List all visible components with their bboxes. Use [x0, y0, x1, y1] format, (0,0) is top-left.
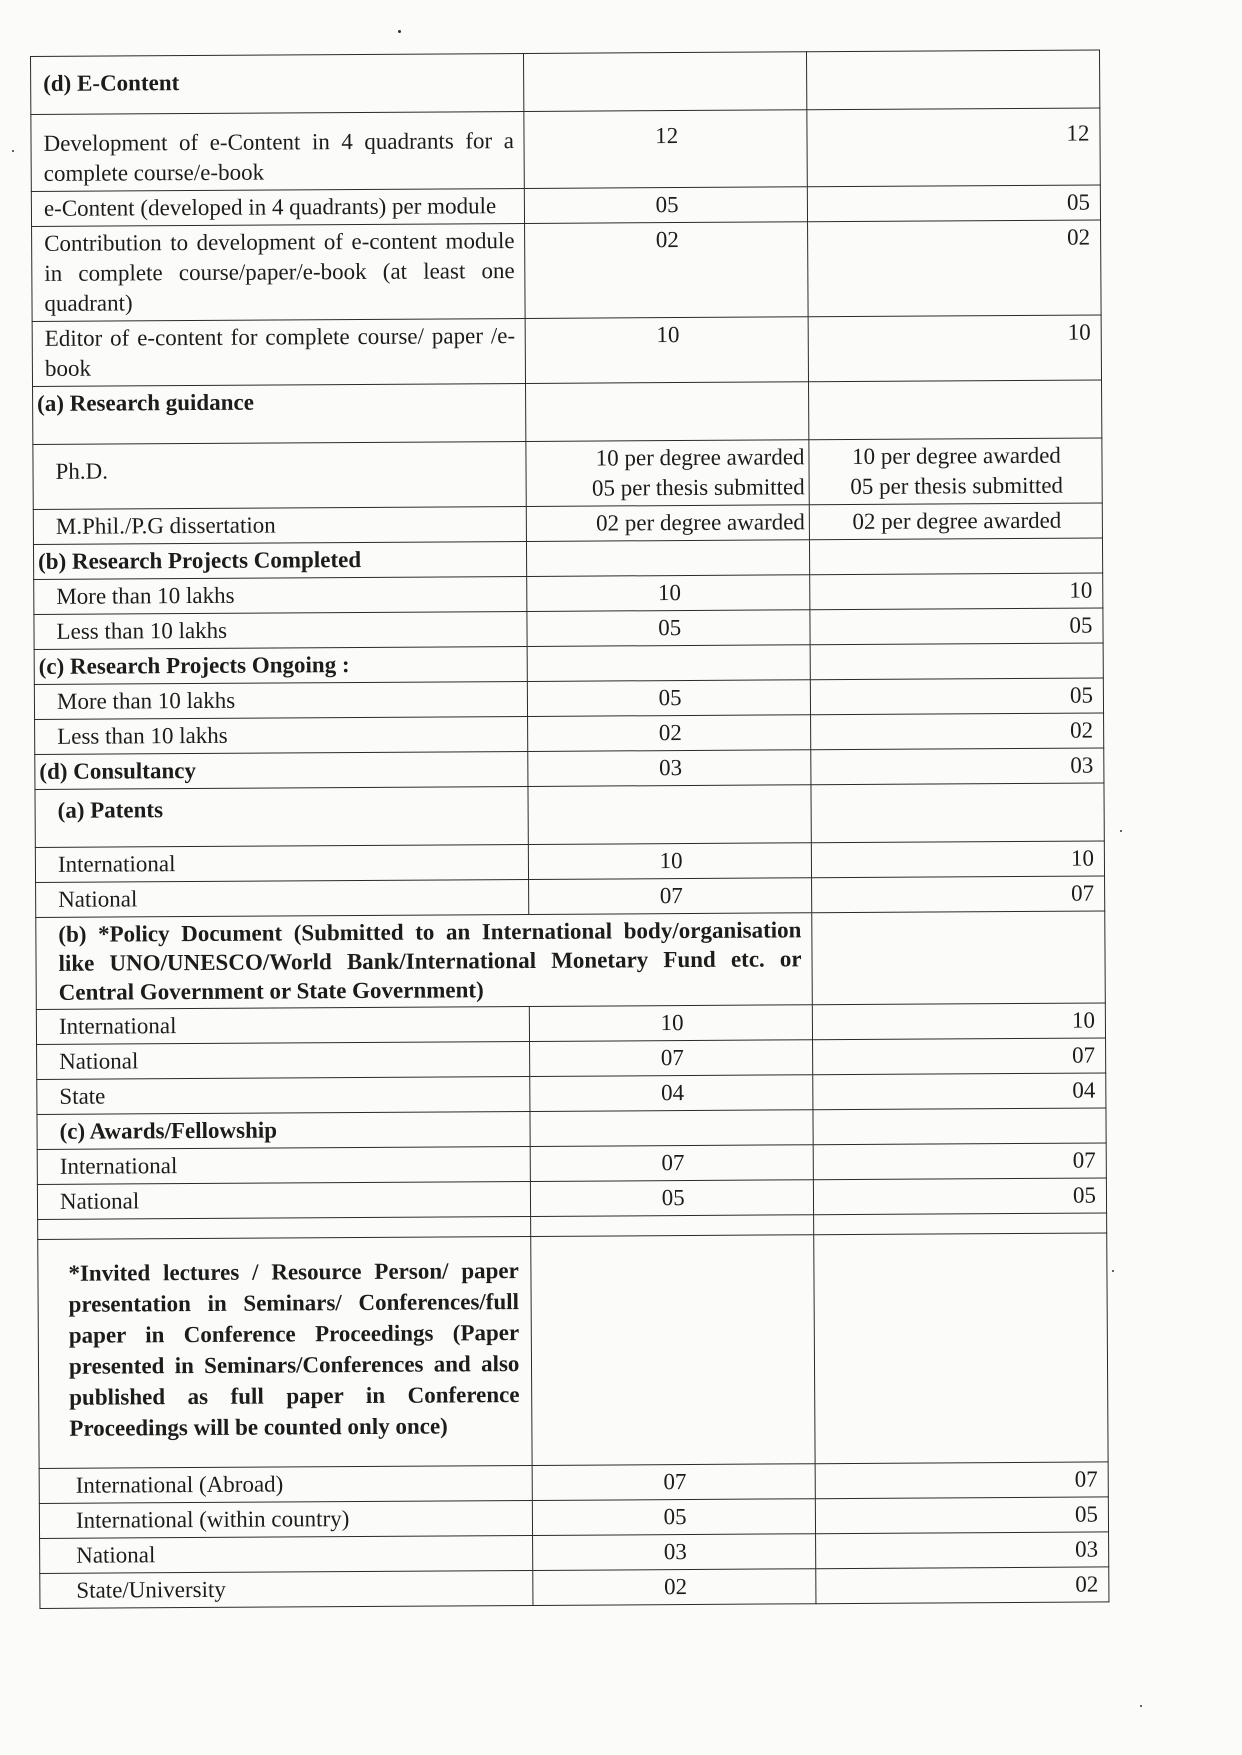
empty-cell: [814, 1213, 1107, 1235]
value-cell: 10: [530, 1005, 813, 1042]
value-cell: 10: [808, 315, 1101, 382]
scan-speck: [1112, 1270, 1114, 1272]
value-cell: 02: [811, 713, 1104, 750]
value-line: 10 per degree awarded: [539, 442, 805, 474]
value-cell: 02 per degree awarded: [527, 505, 810, 542]
row-label: More than 10 lakhs: [34, 576, 528, 614]
row-label: National: [37, 1041, 531, 1079]
table-row: (d) E-Content: [31, 50, 1100, 115]
scan-speck: [12, 150, 14, 152]
value-cell: 05: [531, 1180, 814, 1217]
value-cell: 07: [531, 1145, 814, 1182]
empty-cell: [531, 1235, 815, 1466]
value-cell: 04: [813, 1073, 1106, 1110]
row-label: e-Content (developed in 4 quadrants) per…: [31, 188, 525, 226]
row-label: More than 10 lakhs: [34, 681, 528, 719]
row-label: State: [37, 1076, 531, 1114]
section-heading-projects-ongoing: (c) Research Projects Ongoing :: [34, 646, 528, 684]
value-cell: 12: [524, 110, 807, 189]
row-label: International: [37, 1146, 531, 1184]
section-heading-policy-document: (b) *Policy Document (Submitted to an In…: [36, 913, 813, 1010]
value-cell: 03: [533, 1534, 816, 1571]
row-label: International (within country): [39, 1500, 533, 1538]
empty-cell: [814, 1233, 1108, 1464]
empty-cell: [527, 540, 810, 577]
section-heading-invited-lectures: *Invited lectures / Resource Person/ pap…: [38, 1236, 533, 1468]
value-cell: 02 per degree awarded: [809, 503, 1102, 540]
value-cell: 02: [808, 220, 1102, 317]
empty-cell: [809, 380, 1102, 440]
value-cell: 05: [525, 187, 808, 224]
value-cell: 10 per degree awarded 05 per thesis subm…: [526, 440, 809, 507]
value-cell: 07: [815, 1462, 1108, 1499]
row-label: Contribution to development of e-content…: [32, 223, 526, 321]
scoring-table: (d) E-Content Development of e-Content i…: [30, 49, 1109, 1609]
table-row: *Invited lectures / Resource Person/ pap…: [38, 1233, 1108, 1469]
section-heading-research-guidance: (a) Research guidance: [33, 383, 527, 444]
table-row: Development of e-Content in 4 quadrants …: [31, 108, 1100, 192]
section-heading-e-content: (d) E-Content: [31, 53, 525, 114]
value-cell: 05: [527, 610, 810, 647]
section-heading-projects-completed: (b) Research Projects Completed: [33, 541, 527, 579]
table-row: (b) *Policy Document (Submitted to an In…: [36, 911, 1106, 1010]
value-cell: 05: [533, 1499, 816, 1536]
value-cell: 10: [811, 841, 1104, 878]
section-heading-patents: (a) Patents: [35, 786, 529, 847]
scan-speck: [1120, 830, 1122, 832]
scan-speck: [398, 30, 401, 33]
empty-cell: [810, 538, 1103, 575]
value-cell: 05: [810, 678, 1103, 715]
value-cell: 12: [807, 108, 1100, 187]
value-cell: 05: [528, 680, 811, 717]
empty-cell: [810, 643, 1103, 680]
row-label: State/University: [40, 1570, 534, 1608]
value-cell: 05: [815, 1497, 1108, 1534]
value-cell: 02: [525, 222, 808, 319]
value-cell: 10: [529, 843, 812, 880]
empty-cell: [807, 50, 1100, 110]
value-cell: 02: [816, 1567, 1109, 1604]
value-cell: 10: [812, 1003, 1105, 1040]
value-cell: 10: [525, 317, 808, 384]
empty-cell: [527, 645, 810, 682]
section-heading-awards: (c) Awards/Fellowship: [37, 1111, 531, 1149]
row-label: Editor of e-content for complete course/…: [32, 318, 526, 386]
value-cell: 07: [813, 1143, 1106, 1180]
row-label: Ph.D.: [33, 441, 527, 509]
row-label: International (Abroad): [39, 1465, 533, 1503]
value-cell: 07: [813, 1038, 1106, 1075]
value-line: 05 per thesis submitted: [822, 471, 1092, 503]
row-label: International: [35, 844, 529, 882]
value-cell: 07: [530, 1040, 813, 1077]
table-row: (a) Research guidance: [33, 380, 1102, 445]
table-row: Editor of e-content for complete course/…: [32, 315, 1101, 387]
value-cell: 03: [528, 750, 811, 787]
value-cell: 07: [812, 876, 1105, 913]
empty-cell: [531, 1215, 814, 1237]
empty-cell: [530, 1110, 813, 1147]
empty-cell: [811, 783, 1104, 843]
empty-cell: [524, 52, 807, 112]
table-row: Ph.D. 10 per degree awarded 05 per thesi…: [33, 438, 1102, 510]
table-row: (a) Patents: [35, 783, 1104, 848]
document-page: (d) E-Content Development of e-Content i…: [30, 49, 1109, 1609]
value-cell: 05: [807, 185, 1100, 222]
row-label: National: [36, 879, 530, 917]
row-label: International: [36, 1006, 530, 1044]
section-heading-consultancy: (d) Consultancy: [35, 751, 529, 789]
value-cell: 10: [810, 573, 1103, 610]
value-line: 05 per thesis submitted: [539, 472, 805, 504]
table-row: State/University 02 02: [40, 1567, 1109, 1609]
row-label: National: [40, 1535, 534, 1573]
value-cell: 07: [532, 1464, 815, 1501]
value-cell: 03: [816, 1532, 1109, 1569]
value-cell: 02: [533, 1569, 816, 1606]
value-cell: 04: [530, 1075, 813, 1112]
empty-cell: [528, 785, 811, 845]
row-label: M.Phil./P.G dissertation: [33, 506, 527, 544]
value-cell: 05: [810, 608, 1103, 645]
row-label: Less than 10 lakhs: [34, 611, 528, 649]
table-row: Contribution to development of e-content…: [32, 220, 1102, 322]
row-label: Development of e-Content in 4 quadrants …: [31, 111, 525, 191]
value-cell: 05: [813, 1178, 1106, 1215]
value-line: 10 per degree awarded: [821, 441, 1091, 473]
value-cell: 07: [529, 878, 812, 915]
empty-cell: [813, 1108, 1106, 1145]
value-cell: 03: [811, 748, 1104, 785]
value-cell: 02: [528, 715, 811, 752]
value-cell: 10 per degree awarded 05 per thesis subm…: [809, 438, 1102, 505]
empty-cell: [526, 382, 809, 442]
empty-cell: [812, 911, 1106, 1005]
row-label: Less than 10 lakhs: [35, 716, 529, 754]
row-label: National: [37, 1181, 531, 1219]
scan-speck: [1140, 1705, 1142, 1707]
value-cell: 10: [527, 575, 810, 612]
